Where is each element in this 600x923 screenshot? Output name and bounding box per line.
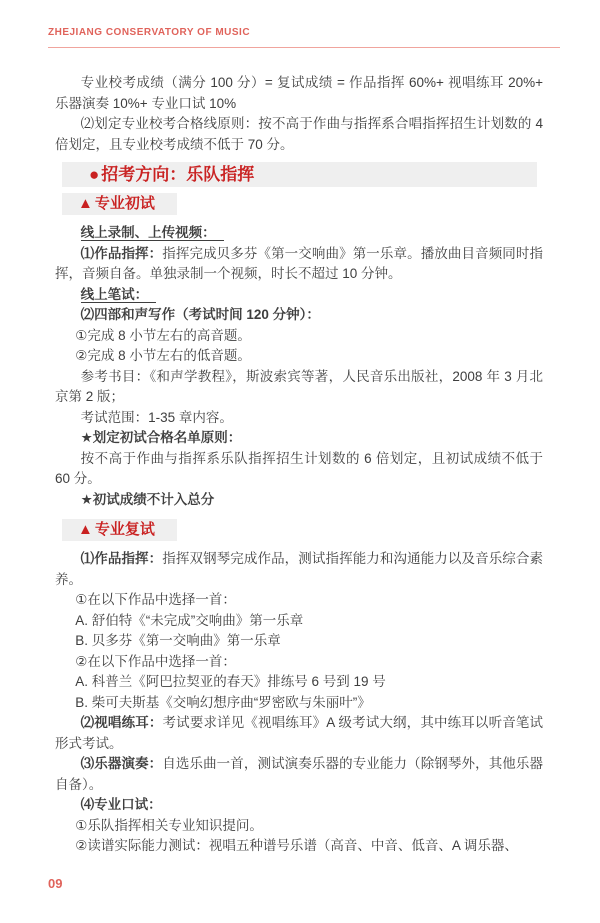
paragraph-score-formula: 专业校考成绩（满分 100 分）= 复试成绩 = 作品指挥 60%+ 视唱练耳 … [55, 73, 543, 114]
para-sight-singing-ear-training: ⑵视唱练耳：考试要求详见《视唱练耳》A 级考试大纲，其中练耳以听音笔试形式考试。 [55, 713, 543, 754]
header-divider [48, 47, 560, 48]
para-preliminary-passlist-rule: 按不高于作曲与指挥系乐队指挥招生计划数的 6 倍划定，且初试成绩不低于 60 分… [55, 449, 543, 490]
circle-bullet-icon: ● [89, 165, 99, 184]
triangle-bullet-icon: ▲ [78, 195, 93, 212]
para-preliminary-passlist-rule-title: ★划定初试合格名单原则： [55, 428, 543, 449]
list-item-choose-one-first: ①在以下作品中选择一首： [55, 590, 543, 611]
para-oral-test-title: ⑷专业口试： [55, 795, 543, 816]
list-item-schubert: A. 舒伯特《“未完成”交响曲》第一乐章 [55, 611, 543, 632]
list-item-beethoven: B. 贝多芬《第一交响曲》第一乐章 [55, 631, 543, 652]
page-number: 09 [48, 876, 62, 891]
conservatory-name: ZHEJIANG CONSERVATORY OF MUSIC [48, 27, 560, 38]
para-instrument-performance: ⑶乐器演奏：自选乐曲一首，测试演奏乐器的专业能力（除钢琴外，其他乐器自备）。 [55, 754, 543, 795]
label-online-written-test: 线上笔试： [55, 285, 543, 306]
para-exam-scope: 考试范围：1-35 章内容。 [55, 408, 543, 429]
triangle-bullet-icon: ▲ [78, 521, 93, 538]
para-preliminary-score-note: ★初试成绩不计入总分 [55, 490, 543, 511]
subsection-final-wrap: ▲专业复试 [62, 519, 543, 541]
list-item-knowledge-questions: ①乐队指挥相关专业知识提问。 [55, 816, 543, 837]
list-item-tchaikovsky: B. 柴可夫斯基《交响幻想序曲“罗密欧与朱丽叶”》 [55, 693, 543, 714]
list-item-copland: A. 科普兰《阿巴拉契亚的春天》排练号 6 号到 19 号 [55, 672, 543, 693]
section-heading-orchestra-conducting: ●招考方向：乐队指挥 [62, 162, 537, 187]
subsection-preliminary-wrap: ▲专业初试 [62, 193, 543, 215]
subsection-preliminary-title: 专业初试 [95, 195, 155, 212]
subsection-final-title: 专业复试 [95, 521, 155, 538]
list-item-score-reading-test: ②读谱实际能力测试：视唱五种谱号乐谱（高音、中音、低音、A 调乐器、 [55, 836, 543, 857]
para-reference-book: 参考书目：《和声学教程》，斯波索宾等著，人民音乐出版社，2008 年 3 月北京… [55, 367, 543, 408]
list-item-choose-one-second: ②在以下作品中选择一首： [55, 652, 543, 673]
para-work-conducting-preliminary: ⑴作品指挥：指挥完成贝多芬《第一交响曲》第一乐章。播放曲目音频同时指挥，音频自备… [55, 244, 543, 285]
document-page: ZHEJIANG CONSERVATORY OF MUSIC 专业校考成绩（满分… [0, 0, 600, 923]
para-four-part-harmony: ⑵四部和声写作（考试时间 120 分钟）： [55, 305, 543, 326]
subsection-heading-preliminary: ▲专业初试 [62, 193, 177, 215]
list-item-bass-question: ②完成 8 小节左右的低音题。 [55, 346, 543, 367]
paragraph-passline-rule: ⑵划定专业校考合格线原则：按不高于作曲与指挥系合唱指挥招生计划数的 4 倍划定，… [55, 114, 543, 155]
list-item-treble-question: ①完成 8 小节左右的高音题。 [55, 326, 543, 347]
para-work-conducting-final: ⑴作品指挥：指挥双钢琴完成作品，测试指挥能力和沟通能力以及音乐综合素养。 [55, 549, 543, 590]
subsection-heading-final: ▲专业复试 [62, 519, 177, 541]
page-header: ZHEJIANG CONSERVATORY OF MUSIC [48, 27, 560, 48]
section-heading-title: 招考方向：乐队指挥 [101, 165, 254, 184]
document-body: 专业校考成绩（满分 100 分）= 复试成绩 = 作品指挥 60%+ 视唱练耳 … [55, 73, 543, 857]
label-online-recording: 线上录制、上传视频： [55, 223, 543, 244]
